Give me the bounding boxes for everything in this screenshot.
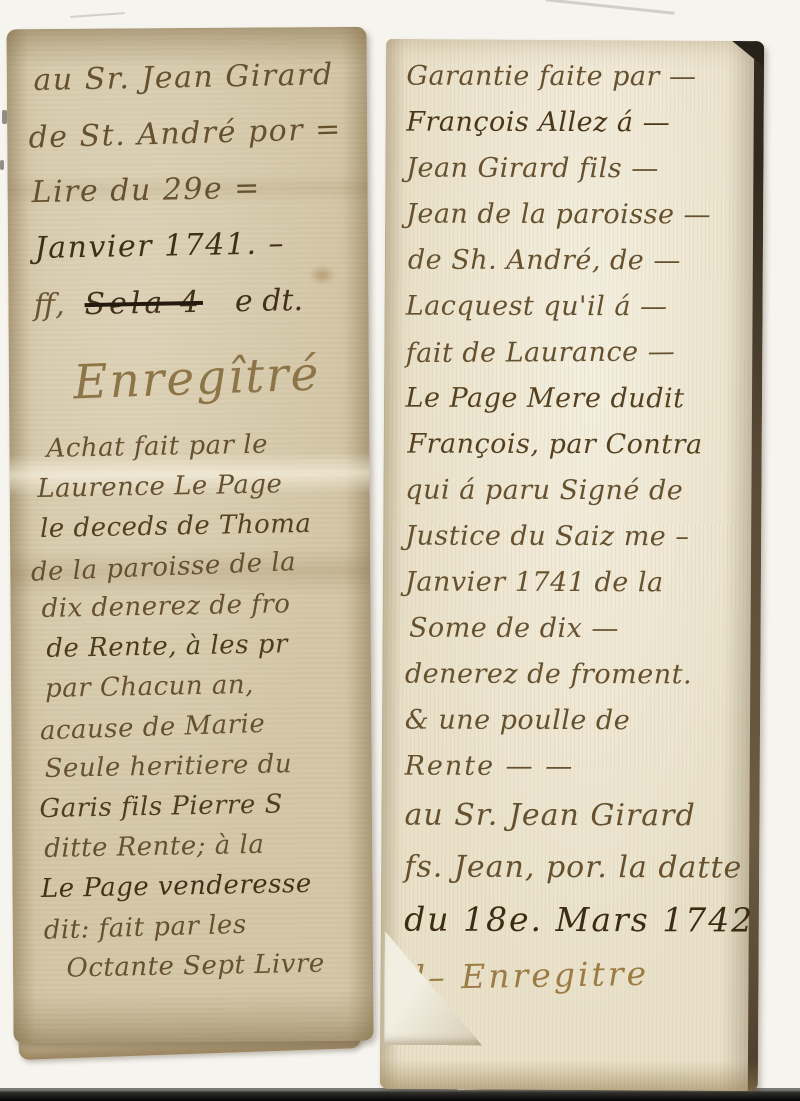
scan-streak — [545, 0, 675, 15]
manuscript-line: Lacquest qu'il á — — [406, 284, 754, 331]
manuscript-line: denerez de froment. — [405, 652, 753, 699]
manuscript-line: fs. Jean, por. la datte — [404, 842, 752, 895]
manuscript-line: de Rente, à les pr — [46, 623, 369, 669]
left-manuscript-page: au Sr. Jean Girard de St. André por = Li… — [6, 27, 373, 1043]
manuscript-line: Jean de la paroisse — — [406, 192, 754, 239]
manuscript-line: Rente — — — [405, 744, 753, 791]
scan-speck — [0, 160, 4, 170]
right-manuscript-text: Garantie faite par — François Allez á — … — [404, 54, 754, 1005]
manuscript-line: fait de Laurance — — [406, 329, 754, 377]
manuscript-line: Lire du 29e = — [31, 159, 360, 221]
manuscript-line: Some de dix — — [409, 606, 753, 653]
scan-streak — [70, 12, 125, 18]
manuscript-line: au Sr. Jean Girard — [404, 790, 752, 843]
manuscript-line: Justice du Saiz me – — [405, 514, 753, 561]
manuscript-line: Laurence Le Page — [37, 463, 366, 509]
manuscript-line: qui á paru Signé de — [405, 468, 753, 515]
manuscript-line: au Sr. Jean Girard — [33, 47, 358, 109]
manuscript-line: de St. André por = — [28, 101, 359, 166]
registration-heading: Enregîtré — [30, 326, 365, 432]
manuscript-line: ditte Rente; à la — [44, 823, 373, 869]
manuscript-line: François Allez á — — [406, 100, 754, 147]
manuscript-line: & une poulle de — [405, 698, 753, 745]
cancelled-line-suffix: e dt. — [235, 283, 304, 319]
manuscript-line: Octante Sept Livre — [66, 943, 373, 989]
left-body-block: Achat fait par le Laurence Le Page le de… — [32, 423, 373, 989]
cancelled-line: ff,Sela 4e dt. — [33, 271, 362, 335]
manuscript-line: François, par Contra — [407, 422, 753, 469]
manuscript-line: Garantie faite par — — [406, 54, 754, 101]
manuscript-line: Janvier 1741. – — [34, 215, 361, 277]
manuscript-line: du 18e. Mars 1742 — [404, 894, 752, 947]
paraph-mark: ff, — [33, 287, 64, 323]
right-body-block: Garantie faite par — François Allez á — … — [405, 54, 755, 791]
struck-text: Sela 4 — [84, 285, 203, 322]
manuscript-line: Le Page Mere dudit — [406, 376, 754, 423]
manuscript-line: Jean Girard fils — — [406, 146, 754, 193]
left-header-block: au Sr. Jean Girard de St. André por = Li… — [25, 47, 361, 277]
manuscript-line: Garis fils Pierre S — [39, 783, 372, 829]
manuscript-line: Janvier 1741 de la — [405, 560, 753, 607]
torn-bottom-edge — [380, 1059, 758, 1091]
left-manuscript-text: au Sr. Jean Girard de St. André por = Li… — [25, 47, 374, 989]
manuscript-line: Seule heritiere du — [44, 743, 371, 789]
grantee-block: au Sr. Jean Girard fs. Jean, por. la dat… — [404, 790, 752, 947]
right-manuscript-page: Garantie faite par — François Allez á — … — [380, 39, 764, 1091]
manuscript-line: de Sh. André, de — — [408, 238, 754, 285]
registration-note: d– Enregitre — [404, 943, 753, 1007]
